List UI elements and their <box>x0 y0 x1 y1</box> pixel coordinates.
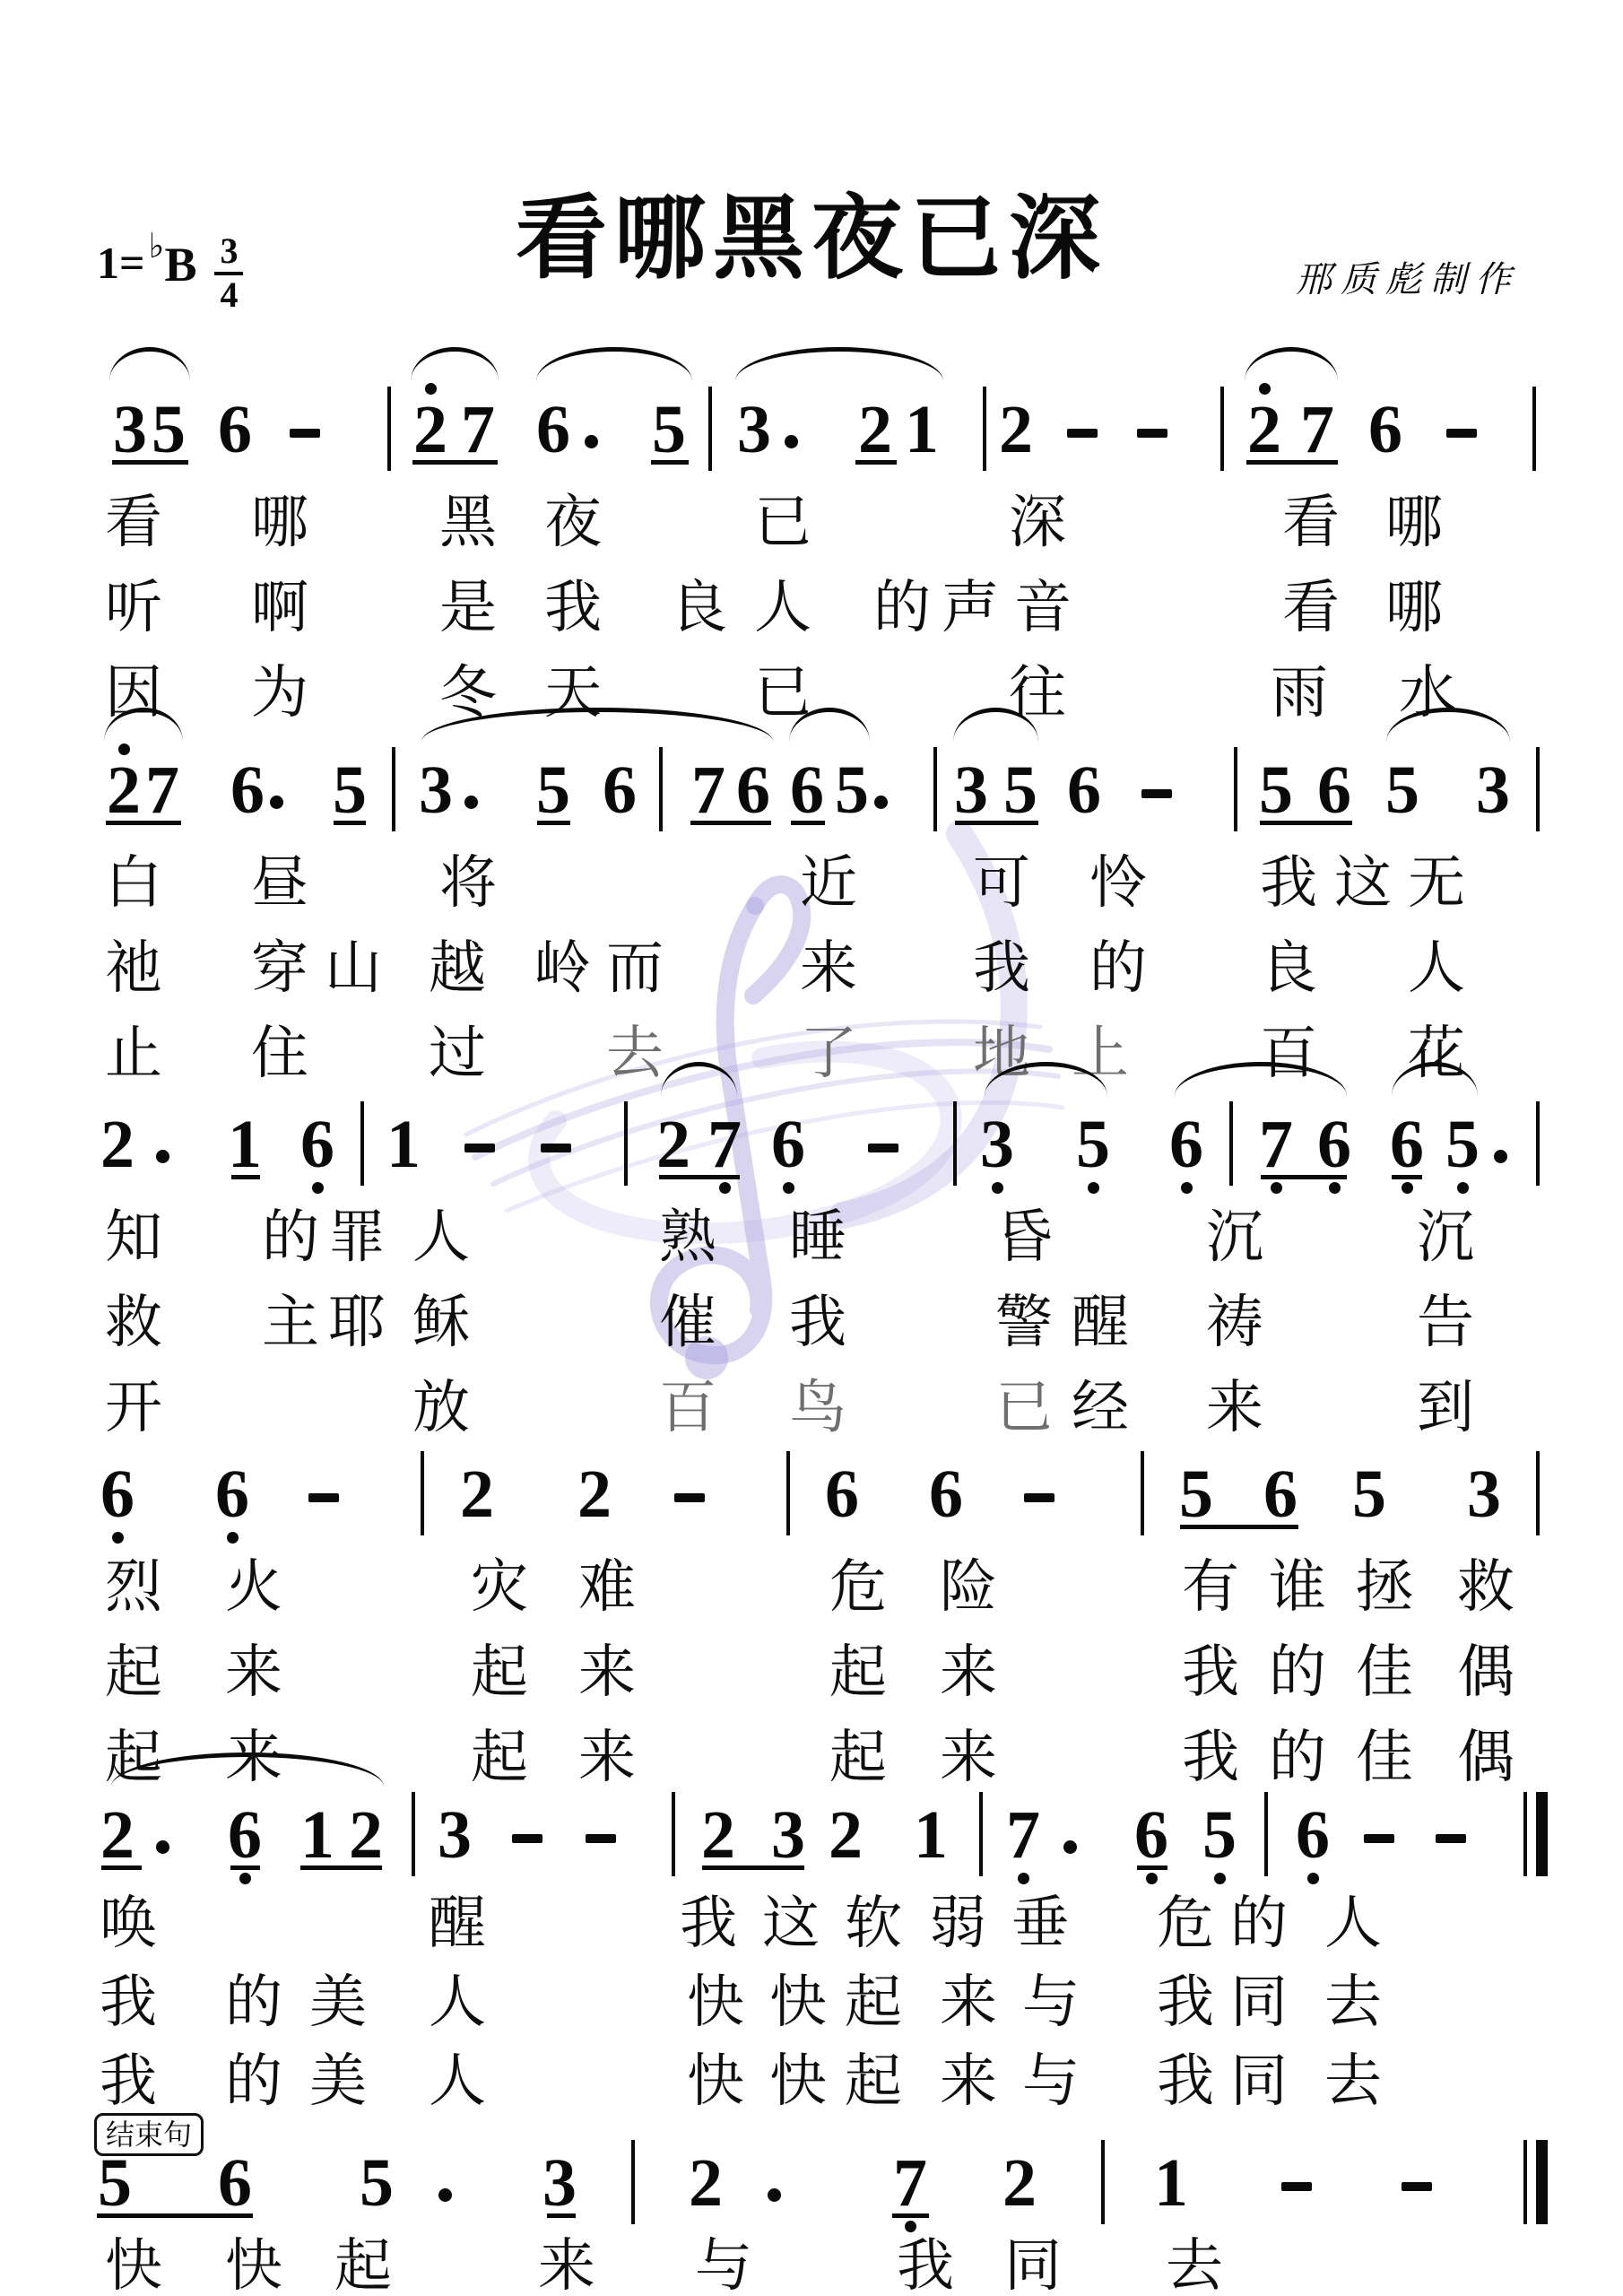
lyric-char: 耶 <box>328 1293 386 1351</box>
slur-arc <box>109 347 190 381</box>
lyric-char: 偶 <box>1457 1728 1515 1786</box>
lyric-char: 穿 <box>251 939 308 996</box>
lyric-char: 美 <box>309 1973 367 2031</box>
lyric-char: 去 <box>606 1024 664 1082</box>
duration-dash <box>586 1834 616 1843</box>
lyric-char: 快 <box>105 2237 162 2294</box>
lyric-char: 险 <box>940 1558 997 1615</box>
duration-dash <box>512 1834 542 1843</box>
note-digit: 3 <box>1476 756 1510 824</box>
note-digit: 6 <box>603 756 637 824</box>
beam-underline <box>1260 821 1352 825</box>
lyric-char: 的 <box>873 578 931 636</box>
lyric-char: 深 <box>1009 493 1066 551</box>
note-digit: 2 <box>656 1110 690 1178</box>
note-digit: 5 <box>1003 756 1037 824</box>
lyric-char: 将 <box>439 854 497 911</box>
note-digit: 2 <box>689 2149 723 2217</box>
lyric-char: 我 <box>973 939 1030 996</box>
lyric-char: 我 <box>544 578 602 636</box>
note-digit: 6 <box>228 1801 262 1869</box>
barline <box>1234 747 1237 831</box>
flat-accidental-icon: ♭ <box>149 230 165 264</box>
augmentation-dot <box>464 796 478 809</box>
note-digit: 2 <box>999 396 1033 464</box>
lyric-char: 过 <box>429 1024 486 1082</box>
note-digit: 5 <box>835 756 869 824</box>
note-digit: 6 <box>825 1460 859 1528</box>
lyric-char: 来 <box>578 1643 636 1700</box>
octave-dot-low <box>1402 1182 1413 1194</box>
lyric-char: 来 <box>940 1973 997 2031</box>
time-signature-denominator: 4 <box>220 277 238 314</box>
lyric-char: 我 <box>897 2237 954 2294</box>
sheet-music-page: 看哪黑夜已深 1= ♭ B 3 4 邢质彪制作 结束句 356276532122… <box>0 0 1623 2296</box>
octave-dot-low <box>1146 1873 1158 1884</box>
lyric-char: 山 <box>325 939 382 996</box>
barline <box>1141 1451 1144 1535</box>
barline <box>672 1792 675 1876</box>
beam-underline <box>537 821 570 825</box>
lyric-char: 我 <box>100 1973 157 2031</box>
note-digit: 1 <box>300 1801 334 1869</box>
note-digit: 3 <box>954 756 988 824</box>
lyric-char: 我 <box>1260 854 1317 911</box>
beam-underline <box>690 821 771 825</box>
lyric-char: 了 <box>800 1024 857 1082</box>
beam-underline <box>230 1865 260 1870</box>
note-digit: 3 <box>542 2149 577 2217</box>
lyric-char: 知 <box>105 1208 162 1265</box>
note-digit: 7 <box>461 396 495 464</box>
lyric-char: 去 <box>1166 2237 1223 2294</box>
beam-underline <box>1137 1865 1167 1870</box>
note-digit: 6 <box>215 1460 249 1528</box>
lyric-char: 而 <box>606 939 664 996</box>
lyric-char: 起 <box>845 1973 902 2031</box>
note-digit: 3 <box>113 396 147 464</box>
duration-dash <box>308 1493 339 1502</box>
slur-arc <box>661 1062 737 1096</box>
lyric-char: 近 <box>800 854 857 911</box>
octave-dot-low <box>1329 1182 1341 1194</box>
lyric-char: 雨 <box>1271 664 1328 721</box>
beam-underline <box>231 1175 260 1179</box>
lyric-char: 冬 <box>439 664 497 721</box>
lyric-char: 良 <box>1260 939 1317 996</box>
lyric-char: 稣 <box>412 1293 470 1351</box>
time-signature-numerator: 3 <box>220 233 238 270</box>
lyric-char: 这 <box>762 1894 820 1952</box>
lyric-char: 睡 <box>789 1208 846 1265</box>
octave-dot-low <box>1214 1873 1226 1884</box>
note-digit: 5 <box>1202 1801 1237 1869</box>
augmentation-dot <box>874 796 888 809</box>
final-barline-thin <box>1523 2140 1527 2224</box>
lyric-char: 拯 <box>1356 1558 1413 1615</box>
augmentation-dot <box>438 2188 452 2202</box>
lyric-char: 与 <box>1022 1973 1080 2031</box>
note-digit: 6 <box>536 396 570 464</box>
final-barline-thick <box>1536 1792 1548 1876</box>
duration-dash <box>1402 2182 1432 2191</box>
lyric-char: 来 <box>940 1643 997 1700</box>
octave-dot-low <box>992 1182 1003 1194</box>
lyric-char: 救 <box>1457 1558 1515 1615</box>
lyric-char: 熟 <box>659 1208 716 1265</box>
barline <box>708 387 712 471</box>
lyric-char: 同 <box>1004 2237 1062 2294</box>
lyric-char: 良 <box>670 578 727 636</box>
barline <box>631 2140 635 2224</box>
duration-dash <box>1024 1493 1055 1502</box>
final-barline-thin <box>1523 1792 1527 1876</box>
note-digit: 2 <box>100 1801 135 1869</box>
lyric-char: 人 <box>412 1208 470 1265</box>
duration-dash <box>290 429 320 438</box>
duration-dash <box>1067 429 1098 438</box>
note-digit: 2 <box>858 396 892 464</box>
lyric-char: 是 <box>439 578 497 636</box>
lyric-char: 的 <box>1269 1728 1326 1786</box>
lyric-char: 岭 <box>534 939 591 996</box>
barline <box>1536 747 1540 831</box>
lyric-char: 快 <box>687 1973 744 2031</box>
beam-underline <box>112 460 188 465</box>
lyric-char: 夜 <box>544 493 602 551</box>
lyric-char: 哪 <box>1385 578 1443 636</box>
duration-dash <box>464 1144 495 1152</box>
barline <box>412 1792 415 1876</box>
augmentation-dot <box>156 1150 169 1163</box>
lyric-char: 百 <box>659 1378 716 1436</box>
lyric-char: 住 <box>251 1024 308 1082</box>
note-digit: 2 <box>107 756 141 824</box>
lyric-char: 哪 <box>1385 493 1443 551</box>
duration-dash <box>1446 429 1477 438</box>
barline <box>360 1101 364 1186</box>
note-digit: 3 <box>980 1110 1014 1178</box>
key-letter: B <box>164 240 196 289</box>
lyric-char: 起 <box>829 1728 887 1786</box>
augmentation-dot <box>585 435 598 448</box>
lyric-char: 看 <box>1282 578 1340 636</box>
lyric-char: 人 <box>1408 939 1465 996</box>
slur-arc <box>1245 347 1338 381</box>
octave-dot-high <box>425 383 437 395</box>
note-digit: 2 <box>349 1801 383 1869</box>
credit-author: 邢质彪制作 <box>1296 251 1520 302</box>
note-digit: 1 <box>905 396 939 464</box>
lyric-char: 同 <box>1230 2052 1288 2109</box>
lyric-char: 怜 <box>1089 854 1147 911</box>
lyric-char: 告 <box>1417 1293 1474 1351</box>
lyric-char: 的 <box>225 1973 282 2031</box>
barline <box>1101 2140 1105 2224</box>
note-digit: 2 <box>829 1801 863 1869</box>
lyric-char: 警 <box>995 1293 1053 1351</box>
note-digit: 1 <box>914 1801 948 1869</box>
note-digit: 1 <box>386 1110 421 1178</box>
lyric-char: 同 <box>1230 1973 1288 2031</box>
beam-underline <box>101 1865 142 1870</box>
lyric-char: 人 <box>754 578 811 636</box>
note-digit: 5 <box>98 2149 132 2217</box>
lyric-char: 与 <box>1022 2052 1080 2109</box>
lyric-char: 起 <box>829 1643 887 1700</box>
lyric-char: 我 <box>680 1894 737 1952</box>
lyric-char: 快 <box>769 2052 827 2109</box>
augmentation-dot <box>1494 1150 1507 1163</box>
lyric-char: 已 <box>995 1378 1053 1436</box>
lyric-char: 的 <box>1269 1643 1326 1700</box>
duration-dash <box>868 1144 898 1152</box>
lyric-char: 偶 <box>1457 1643 1515 1700</box>
lyric-char: 快 <box>225 2237 282 2294</box>
lyric-char: 我 <box>1157 2052 1214 2109</box>
lyric-char: 的 <box>262 1208 319 1265</box>
note-digit: 6 <box>1263 1460 1298 1528</box>
lyric-char: 祂 <box>105 939 162 996</box>
beam-underline <box>1261 1175 1347 1179</box>
note-digit: 3 <box>438 1801 472 1869</box>
octave-dot-low <box>1457 1182 1469 1194</box>
octave-dot-low <box>1307 1873 1319 1884</box>
lyric-char: 危 <box>829 1558 887 1615</box>
lyric-char: 人 <box>429 2052 486 2109</box>
lyric-char: 快 <box>769 1973 827 2031</box>
duration-dash <box>541 1144 571 1152</box>
lyric-char: 与 <box>695 2237 752 2294</box>
note-digit: 2 <box>1247 396 1281 464</box>
note-digit: 6 <box>790 756 824 824</box>
augmentation-dot <box>768 2188 781 2202</box>
note-digit: 5 <box>152 396 186 464</box>
note-digit: 6 <box>218 396 252 464</box>
lyric-char: 听 <box>105 578 162 636</box>
note-digit: 5 <box>652 396 686 464</box>
lyric-char: 佳 <box>1356 1728 1413 1786</box>
barline <box>1229 1101 1233 1186</box>
beam-underline <box>1246 460 1338 465</box>
lyric-char: 黑 <box>439 493 497 551</box>
note-digit: 7 <box>145 756 179 824</box>
lyric-char: 灾 <box>471 1558 528 1615</box>
note-digit: 6 <box>1317 756 1351 824</box>
lyric-char: 罪 <box>328 1208 386 1265</box>
note-digit: 5 <box>1385 756 1419 824</box>
beam-underline <box>300 1865 382 1870</box>
lyric-char: 人 <box>429 1973 486 2031</box>
lyric-char: 看 <box>105 493 162 551</box>
note-digit: 6 <box>1067 756 1101 824</box>
lyric-char: 鸟 <box>789 1378 846 1436</box>
lyric-char: 的 <box>225 2052 282 2109</box>
lyric-char: 来 <box>578 1728 636 1786</box>
octave-dot-low <box>905 2221 916 2232</box>
lyric-char: 火 <box>225 1558 282 1615</box>
lyric-char: 祷 <box>1206 1293 1263 1351</box>
note-digit: 6 <box>1317 1110 1351 1178</box>
lyric-char: 看 <box>1282 493 1340 551</box>
barline <box>953 1101 957 1186</box>
barline <box>933 747 937 831</box>
lyric-char: 来 <box>538 2237 595 2294</box>
lyric-char: 止 <box>105 1024 162 1082</box>
lyric-char: 的 <box>1089 939 1147 996</box>
note-digit: 6 <box>1134 1801 1168 1869</box>
key-signature: 1= ♭ B 3 4 <box>97 240 243 321</box>
lyric-char: 来 <box>1206 1378 1263 1436</box>
octave-dot-low <box>1271 1182 1282 1194</box>
duration-dash <box>1141 789 1172 798</box>
lyric-char: 有 <box>1182 1558 1239 1615</box>
lyric-char: 哪 <box>251 493 308 551</box>
lyric-char: 弱 <box>929 1894 986 1952</box>
note-digit: 6 <box>1169 1110 1203 1178</box>
beam-underline <box>892 2213 929 2218</box>
duration-dash <box>674 1493 705 1502</box>
lyric-char: 放 <box>412 1378 470 1436</box>
lyric-char: 救 <box>105 1293 162 1351</box>
lyric-char: 可 <box>973 854 1030 911</box>
barline <box>1532 387 1536 471</box>
note-digit: 7 <box>707 1110 742 1178</box>
lyric-char: 垂 <box>1011 1894 1069 1952</box>
note-digit: 3 <box>771 1801 805 1869</box>
note-digit: 5 <box>360 2149 394 2217</box>
note-digit: 5 <box>1352 1460 1386 1528</box>
beam-underline <box>651 460 689 465</box>
octave-dot-low <box>783 1182 794 1194</box>
time-signature: 3 4 <box>214 233 243 314</box>
lyric-char: 越 <box>429 939 486 996</box>
lyric-char: 去 <box>1324 1973 1382 2031</box>
octave-dot-low <box>1018 1873 1029 1884</box>
note-digit: 5 <box>333 756 367 824</box>
note-digit: 6 <box>1390 1110 1424 1178</box>
barline <box>1220 387 1224 471</box>
note-digit: 6 <box>300 1110 334 1178</box>
barline <box>387 387 391 471</box>
slur-arc <box>735 347 943 381</box>
octave-dot-low <box>1088 1182 1099 1194</box>
note-digit: 7 <box>1259 1110 1293 1178</box>
barline <box>1536 1101 1540 1186</box>
note-digit: 6 <box>230 756 265 824</box>
lyric-char: 起 <box>845 2052 902 2109</box>
note-digit: 6 <box>771 1110 805 1178</box>
beam-underline <box>1180 1525 1298 1529</box>
slur-arc <box>1175 1062 1347 1096</box>
lyric-char: 白 <box>105 854 162 911</box>
barline <box>983 387 986 471</box>
note-digit: 6 <box>100 1460 135 1528</box>
lyric-char: 的 <box>1230 1894 1288 1952</box>
lyric-char: 来 <box>940 2052 997 2109</box>
augmentation-dot <box>1063 1840 1077 1854</box>
barline <box>659 747 663 831</box>
lyric-char: 来 <box>225 1643 282 1700</box>
lyric-char: 醒 <box>429 1894 486 1952</box>
note-digit: 1 <box>228 1110 262 1178</box>
lyric-char: 唤 <box>100 1894 157 1952</box>
beam-underline <box>547 2213 576 2218</box>
lyric-char: 佳 <box>1356 1643 1413 1700</box>
lyric-char: 到 <box>1417 1378 1474 1436</box>
lyric-char: 我 <box>100 2052 157 2109</box>
key-prefix: 1= <box>97 240 145 285</box>
note-digit: 3 <box>419 756 453 824</box>
note-digit: 7 <box>893 2149 927 2217</box>
note-digit: 3 <box>737 396 771 464</box>
lyric-char: 催 <box>659 1293 716 1351</box>
note-digit: 7 <box>691 756 725 824</box>
octave-dot-low <box>112 1532 124 1544</box>
lyric-char: 起 <box>471 1728 528 1786</box>
note-digit: 2 <box>1002 2149 1037 2217</box>
lyric-char: 声 <box>942 578 999 636</box>
lyric-char: 音 <box>1014 578 1072 636</box>
beam-underline <box>106 821 181 825</box>
lyric-char: 我 <box>1182 1643 1239 1700</box>
slur-arc <box>411 347 499 381</box>
note-digit: 6 <box>218 2149 252 2217</box>
barline <box>392 747 395 831</box>
lyric-char: 美 <box>309 2052 367 2109</box>
beam-underline <box>955 821 1038 825</box>
duration-dash <box>1137 429 1167 438</box>
duration-dash <box>1436 1834 1466 1843</box>
beam-underline <box>702 1865 804 1870</box>
beam-underline <box>1392 1175 1422 1179</box>
lyric-char: 开 <box>105 1378 162 1436</box>
beam-underline <box>659 1175 740 1179</box>
lyric-char: 我 <box>1182 1728 1239 1786</box>
note-digit: 7 <box>1006 1801 1040 1869</box>
beam-underline <box>97 2213 253 2218</box>
note-digit: 2 <box>100 1110 135 1178</box>
lyric-char: 来 <box>800 939 857 996</box>
beam-underline <box>412 460 498 465</box>
lyric-char: 昼 <box>251 854 308 911</box>
octave-dot-high <box>1259 383 1271 395</box>
lyric-char: 无 <box>1408 854 1465 911</box>
barline <box>624 1101 628 1186</box>
barline <box>421 1451 424 1535</box>
note-digit: 2 <box>701 1801 735 1869</box>
note-digit: 2 <box>577 1460 612 1528</box>
lyric-char: 啊 <box>251 578 308 636</box>
lyric-char: 昏 <box>995 1208 1053 1265</box>
octave-dot-low <box>227 1532 239 1544</box>
lyric-char: 我 <box>789 1293 846 1351</box>
octave-dot-high <box>118 744 130 755</box>
duration-dash <box>1281 2182 1312 2191</box>
lyric-char: 经 <box>1072 1378 1129 1436</box>
note-digit: 5 <box>1445 1110 1480 1178</box>
augmentation-dot <box>156 1840 169 1854</box>
lyric-char: 沉 <box>1206 1208 1263 1265</box>
lyric-char: 这 <box>1334 854 1392 911</box>
slur-arc <box>536 347 692 381</box>
octave-dot-low <box>239 1873 251 1884</box>
lyric-char: 起 <box>105 1643 162 1700</box>
barline <box>786 1451 790 1535</box>
note-digit: 7 <box>1300 396 1334 464</box>
final-barline-thick <box>1536 2140 1548 2224</box>
note-digit: 2 <box>413 396 447 464</box>
